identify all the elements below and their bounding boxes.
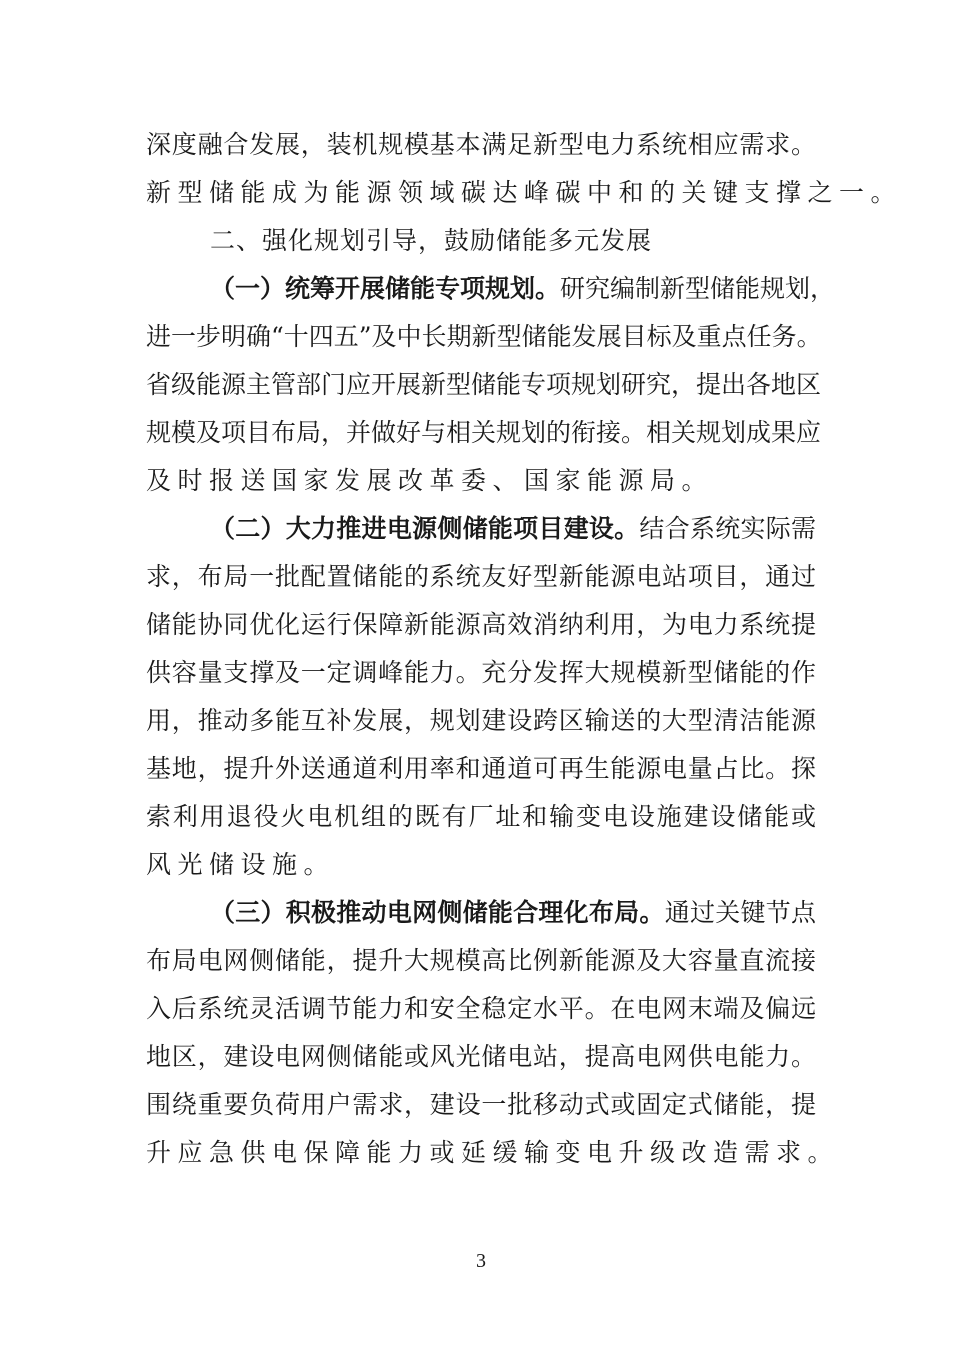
paragraph-3-first-line: （三）积极推动电网侧储能合理化布局。通过关键节点 [146,889,816,937]
body-text-line: 入后系统灵活调节能力和安全稳定水平。在电网末端及偏远 [146,985,816,1033]
body-text-line: 布局电网侧储能，提升大规模高比例新能源及大容量直流接 [146,937,816,985]
body-text-line: 规模及项目布局，并做好与相关规划的衔接。相关规划成果应 [146,409,816,457]
body-text-line: 深度融合发展，装机规模基本满足新型电力系统相应需求。 [146,121,816,169]
body-text-line: 新型储能成为能源领域碳达峰碳中和的关键支撑之一。 [146,169,816,217]
paragraph-1-title: （一）统筹开展储能专项规划。 [210,274,560,303]
paragraph-1-text: 研究编制新型储能规划， [560,274,835,303]
paragraph-3-text: 通过关键节点 [665,898,816,927]
paragraph-1-first-line: （一）统筹开展储能专项规划。研究编制新型储能规划， [146,265,816,313]
section-heading: 二、强化规划引导，鼓励储能多元发展 [146,217,816,265]
body-text-line: 用，推动多能互补发展，规划建设跨区输送的大型清洁能源 [146,697,816,745]
page-number: 3 [0,1250,962,1273]
paragraph-3-title: （三）积极推动电网侧储能合理化布局。 [210,898,665,927]
body-text-line: 求，布局一批配置储能的系统友好型新能源电站项目，通过 [146,553,816,601]
body-text-line: 风光储设施。 [146,841,816,889]
body-text-line: 进一步明确“十四五”及中长期新型储能发展目标及重点任务。 [146,313,816,361]
paragraph-2-first-line: （二）大力推进电源侧储能项目建设。结合系统实际需 [146,505,816,553]
document-page: 深度融合发展，装机规模基本满足新型电力系统相应需求。 新型储能成为能源领域碳达峰… [146,121,816,1177]
paragraph-2-title: （二）大力推进电源侧储能项目建设。 [210,514,639,543]
body-text-line: 地区，建设电网侧储能或风光储电站，提高电网供电能力。 [146,1033,816,1081]
body-text-line: 基地，提升外送通道利用率和通道可再生能源电量占比。探 [146,745,816,793]
body-text-line: 索利用退役火电机组的既有厂址和输变电设施建设储能或 [146,793,816,841]
body-text-line: 围绕重要负荷用户需求，建设一批移动式或固定式储能，提 [146,1081,816,1129]
body-text-line: 供容量支撑及一定调峰能力。充分发挥大规模新型储能的作 [146,649,816,697]
body-text-line: 及时报送国家发展改革委、国家能源局。 [146,457,816,505]
paragraph-2-text: 结合系统实际需 [639,514,816,543]
body-text-line: 省级能源主管部门应开展新型储能专项规划研究，提出各地区 [146,361,816,409]
body-text-line: 升应急供电保障能力或延缓输变电升级改造需求。 [146,1129,816,1177]
body-text-line: 储能协同优化运行保障新能源高效消纳利用，为电力系统提 [146,601,816,649]
